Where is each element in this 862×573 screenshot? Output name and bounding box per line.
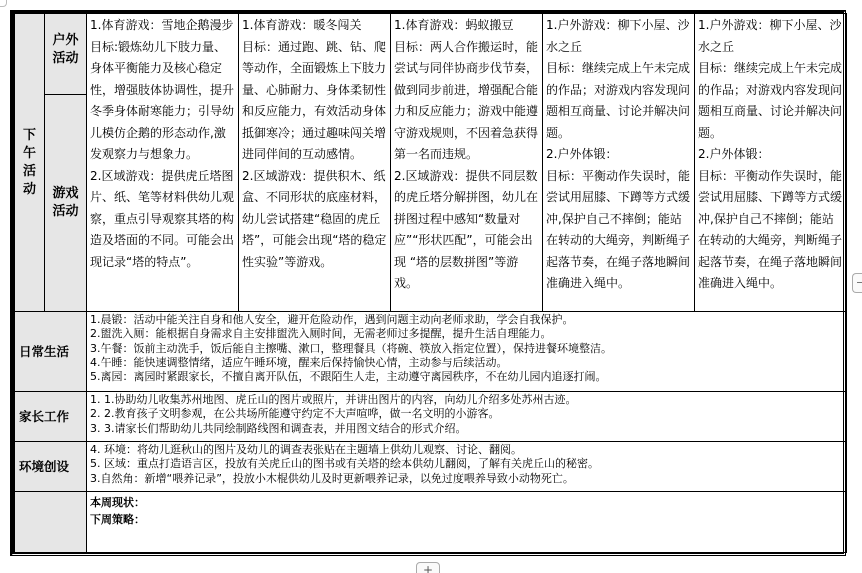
afternoon-section-label: 下午活动 [15,14,45,312]
environment-label: 环境创设 [15,442,87,492]
afternoon-day-4[interactable]: 1.户外游戏：柳下小屋、沙水之丘 目标：继续完成上午未完成的作品；对游戏内容发现… [543,14,695,312]
daily-life-label: 日常生活 [15,312,87,392]
window-corner [0,0,7,7]
afternoon-day-5[interactable]: 1.户外游戏：柳下小屋、沙水之丘 目标：继续完成上午未完成的作品；对游戏内容发现… [695,14,847,312]
game-activity-label: 游戏活动 [45,95,87,312]
environment-content[interactable]: 4. 环境：将幼儿逛秋山的图片及幼儿的调查表张贴在主题墙上供幼儿观察、讨论、翻阅… [87,442,847,492]
afternoon-day-3[interactable]: 1.体育游戏：蚂蚁搬豆 目标：两人合作搬运时，能尝试与同伴协商步伐节奏，做到同步… [391,14,543,312]
reflection-label [15,492,87,553]
parent-work-label: 家长工作 [15,392,87,442]
outdoor-activity-label: 户外活动 [45,14,87,95]
current-week-status: 本周现状： [90,494,843,511]
weekly-plan-document: 下午活动 户外活动 1.体育游戏：雪地企鹅漫步 目标:锻炼幼儿下肢力量、身体平衡… [10,10,846,556]
add-row-button[interactable]: + [416,562,440,573]
daily-life-content[interactable]: 1.晨锻：活动中能关注自身和他人安全，避开危险动作，遇到问题主动向老师求助，学会… [87,312,847,392]
collapse-side-button[interactable] [852,273,862,293]
afternoon-day-1[interactable]: 1.体育游戏：雪地企鹅漫步 目标:锻炼幼儿下肢力量、身体平衡能力及核心稳定性，增… [87,14,239,312]
reflection-content[interactable]: 本周现状： 下周策略： [87,492,847,553]
afternoon-day-2[interactable]: 1.体育游戏：暖冬闯关 目标：通过跑、跳、钻、爬等动作，全面锻炼上下肢力量、心肺… [239,14,391,312]
plan-table: 下午活动 户外活动 1.体育游戏：雪地企鹅漫步 目标:锻炼幼儿下肢力量、身体平衡… [14,13,847,553]
parent-work-content[interactable]: 1. 1.协助幼儿收集苏州地图、虎丘山的图片或照片，并讲出图片的内容，向幼儿介绍… [87,392,847,442]
next-week-strategy: 下周策略： [90,511,843,528]
